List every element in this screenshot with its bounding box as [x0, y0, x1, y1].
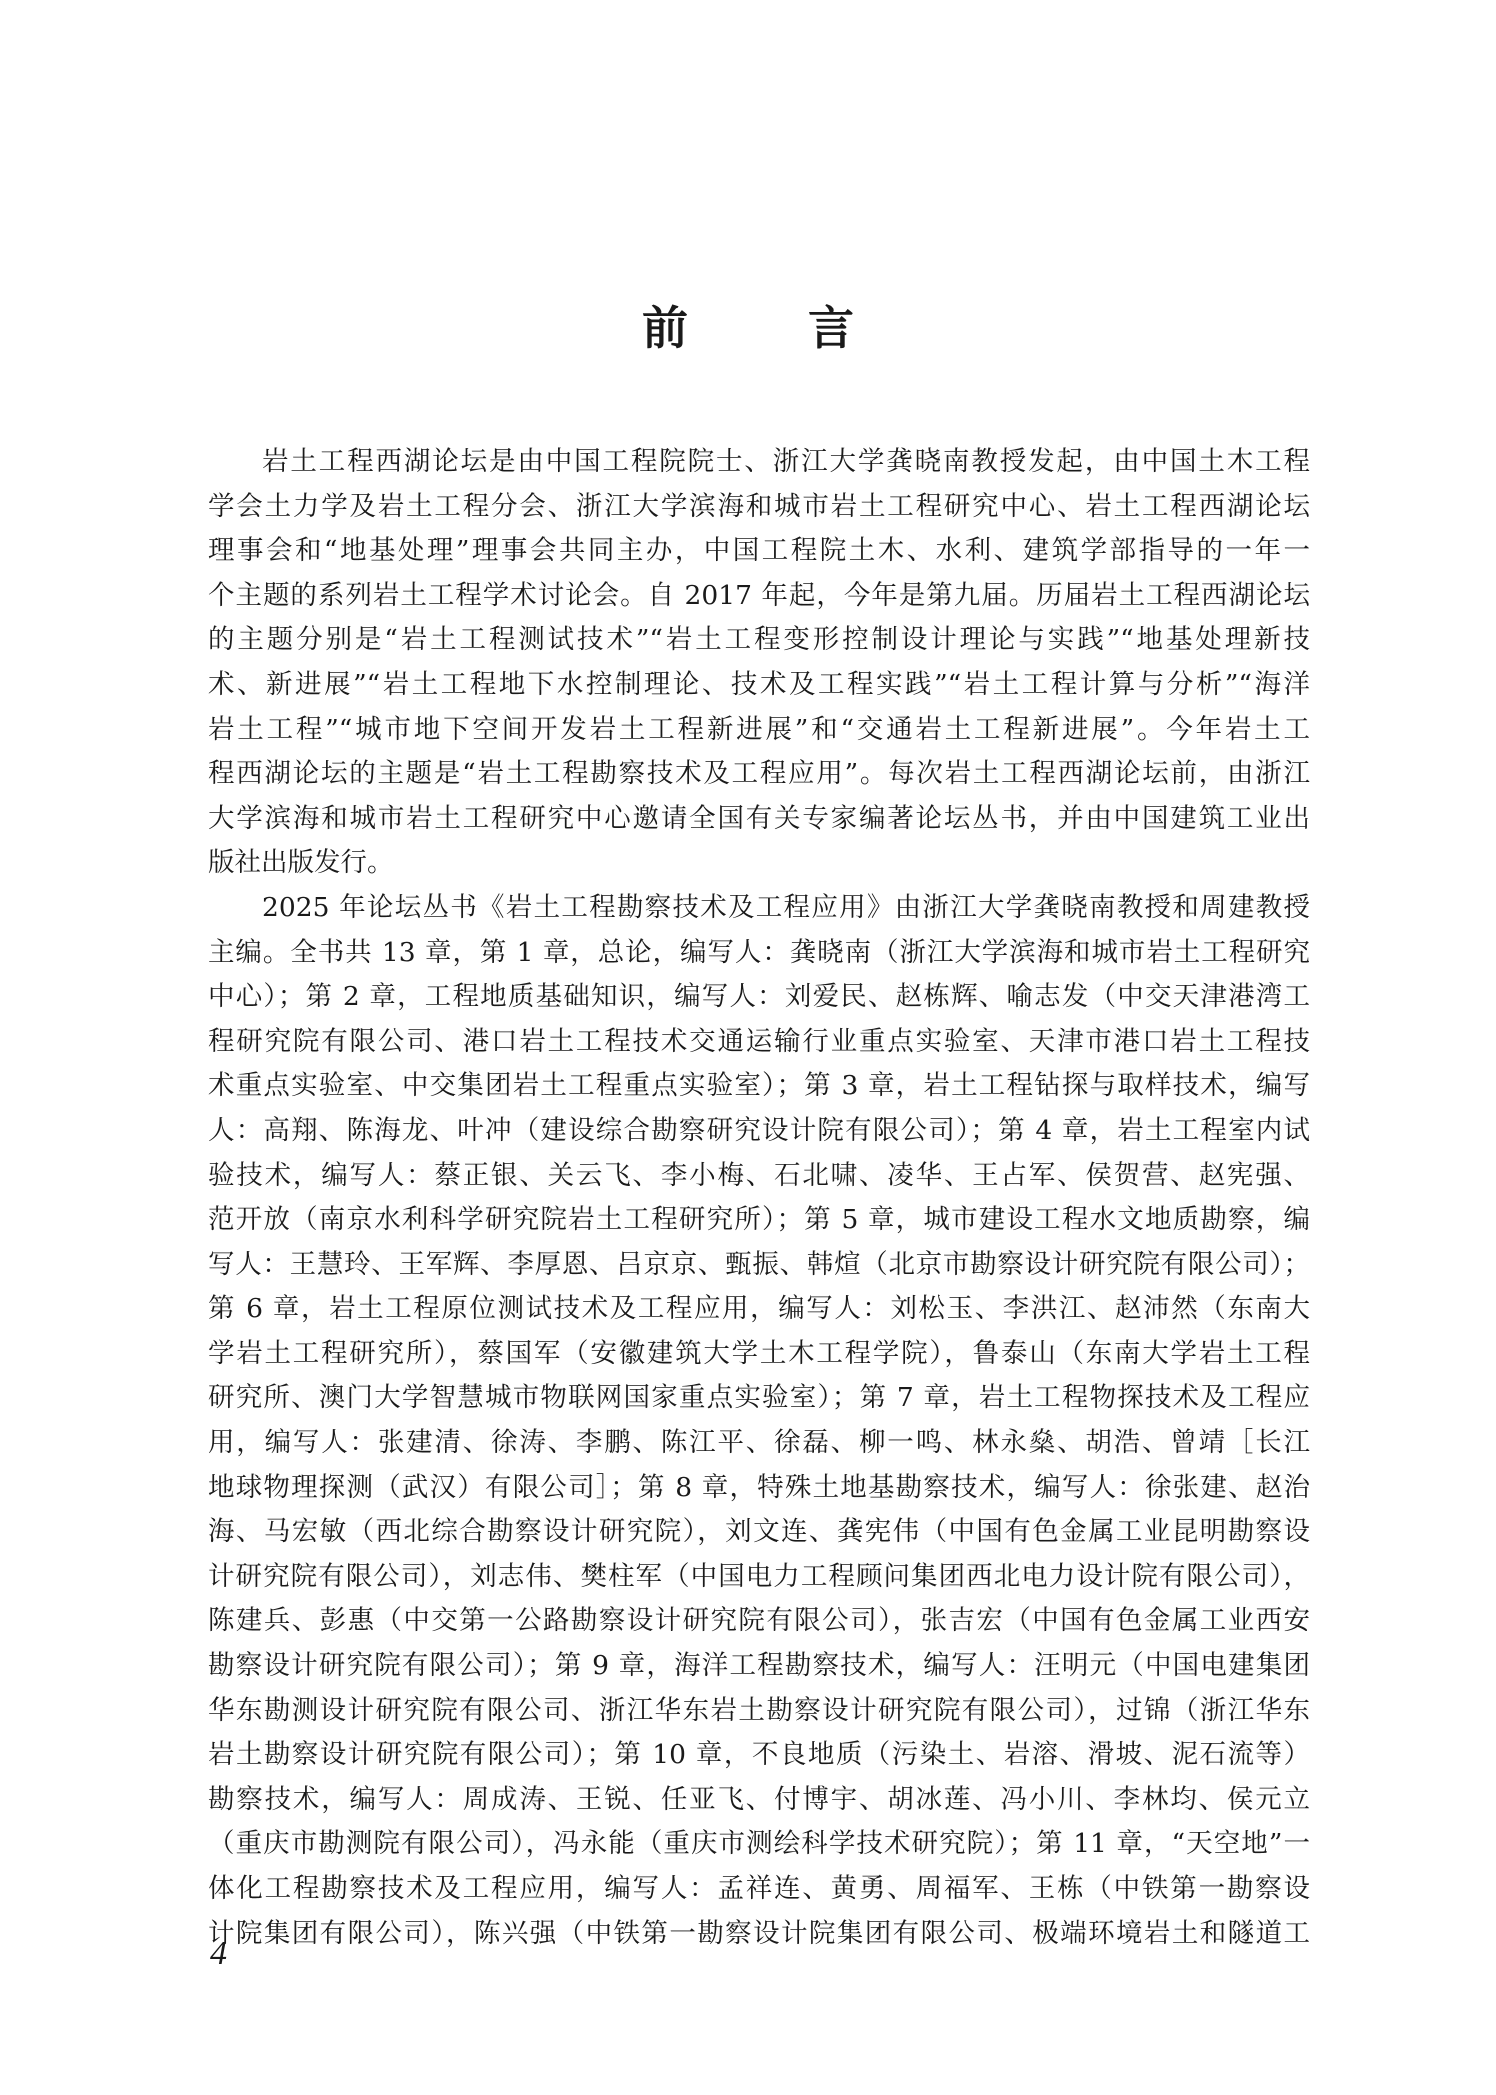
- preface-body: 岩土工程西湖论坛是由中国工程院院士、浙江大学龚晓南教授发起，由中国土木工程 学会…: [208, 440, 1310, 1956]
- text-line: 写人：王慧玲、王军辉、李厚恩、吕京京、甄振、韩煊（北京市勘察设计研究院有限公司）…: [208, 1243, 1310, 1288]
- text-line: 岩土勘察设计研究院有限公司）；第 10 章，不良地质（污染土、岩溶、滑坡、泥石流…: [208, 1733, 1310, 1778]
- text-line: 海、马宏敏（西北综合勘察设计研究院），刘文连、龚宪伟（中国有色金属工业昆明勘察设: [208, 1510, 1310, 1555]
- text-line: 岩土工程”“城市地下空间开发岩土工程新进展”和“交通岩土工程新进展”。今年岩土工: [208, 708, 1310, 753]
- text-line: 地球物理探测（武汉）有限公司］；第 8 章，特殊土地基勘察技术，编写人：徐张建、…: [208, 1466, 1310, 1511]
- text-line: 勘察设计研究院有限公司）；第 9 章，海洋工程勘察技术，编写人：汪明元（中国电建…: [208, 1644, 1310, 1689]
- text-line: 验技术，编写人：蔡正银、关云飞、李小梅、石北啸、凌华、王占军、侯贺营、赵宪强、: [208, 1154, 1310, 1199]
- text-line: 勘察技术，编写人：周成涛、王锐、任亚飞、付博宇、胡冰莲、冯小川、李林均、侯元立: [208, 1778, 1310, 1823]
- text-line: 程研究院有限公司、港口岩土工程技术交通运输行业重点实验室、天津市港口岩土工程技: [208, 1020, 1310, 1065]
- paragraph-2: 2025 年论坛丛书《岩土工程勘察技术及工程应用》由浙江大学龚晓南教授和周建教授…: [208, 886, 1310, 1956]
- text-line: 理事会和“地基处理”理事会共同主办，中国工程院土木、水利、建筑学部指导的一年一: [208, 529, 1310, 574]
- text-line: 学岩土工程研究所），蔡国军（安徽建筑大学土木工程学院），鲁泰山（东南大学岩土工程: [208, 1332, 1310, 1377]
- paragraph-1: 岩土工程西湖论坛是由中国工程院院士、浙江大学龚晓南教授发起，由中国土木工程 学会…: [208, 440, 1310, 886]
- text-line: （重庆市勘测院有限公司），冯永能（重庆市测绘科学技术研究院）；第 11 章，“天…: [208, 1822, 1310, 1867]
- page-number: 4: [210, 1932, 227, 1976]
- text-line: 第 6 章，岩土工程原位测试技术及工程应用，编写人：刘松玉、李洪江、赵沛然（东南…: [208, 1287, 1310, 1332]
- text-line: 2025 年论坛丛书《岩土工程勘察技术及工程应用》由浙江大学龚晓南教授和周建教授: [208, 886, 1310, 931]
- text-line: 岩土工程西湖论坛是由中国工程院院士、浙江大学龚晓南教授发起，由中国土木工程: [208, 440, 1310, 485]
- text-line: 计研究院有限公司），刘志伟、樊柱军（中国电力工程顾问集团西北电力设计院有限公司）…: [208, 1555, 1310, 1600]
- title-char-1: 前: [642, 301, 688, 355]
- text-line: 主编。全书共 13 章，第 1 章，总论，编写人：龚晓南（浙江大学滨海和城市岩土…: [208, 931, 1310, 976]
- title-char-2: 言: [808, 301, 854, 355]
- text-line: 个主题的系列岩土工程学术讨论会。自 2017 年起，今年是第九届。历届岩土工程西…: [208, 574, 1310, 619]
- text-line: 术重点实验室、中交集团岩土工程重点实验室）；第 3 章，岩土工程钻探与取样技术，…: [208, 1064, 1310, 1109]
- text-line: 华东勘测设计研究院有限公司、浙江华东岩土勘察设计研究院有限公司），过锦（浙江华东: [208, 1689, 1310, 1734]
- text-line: 研究所、澳门大学智慧城市物联网国家重点实验室）；第 7 章，岩土工程物探技术及工…: [208, 1376, 1310, 1421]
- text-line: 计院集团有限公司），陈兴强（中铁第一勘察设计院集团有限公司、极端环境岩土和隧道工: [208, 1912, 1310, 1957]
- text-line: 中心）；第 2 章，工程地质基础知识，编写人：刘爱民、赵栋辉、喻志发（中交天津港…: [208, 975, 1310, 1020]
- text-line: 人：高翔、陈海龙、叶冲（建设综合勘察研究设计院有限公司）；第 4 章，岩土工程室…: [208, 1109, 1310, 1154]
- text-line: 陈建兵、彭惠（中交第一公路勘察设计研究院有限公司），张吉宏（中国有色金属工业西安: [208, 1599, 1310, 1644]
- text-line: 版社出版发行。: [208, 841, 1310, 886]
- page-title: 前言: [0, 298, 1496, 358]
- text-line: 范开放（南京水利科学研究院岩土工程研究所）；第 5 章，城市建设工程水文地质勘察…: [208, 1198, 1310, 1243]
- text-line: 的主题分别是“岩土工程测试技术”“岩土工程变形控制设计理论与实践”“地基处理新技: [208, 618, 1310, 663]
- text-line: 学会土力学及岩土工程分会、浙江大学滨海和城市岩土工程研究中心、岩土工程西湖论坛: [208, 485, 1310, 530]
- text-line: 大学滨海和城市岩土工程研究中心邀请全国有关专家编著论坛丛书，并由中国建筑工业出: [208, 797, 1310, 842]
- text-line: 程西湖论坛的主题是“岩土工程勘察技术及工程应用”。每次岩土工程西湖论坛前，由浙江: [208, 752, 1310, 797]
- text-line: 术、新进展”“岩土工程地下水控制理论、技术及工程实践”“岩土工程计算与分析”“海…: [208, 663, 1310, 708]
- text-line: 用，编写人：张建清、徐涛、李鹏、陈江平、徐磊、柳一鸣、林永燊、胡浩、曾靖［长江: [208, 1421, 1310, 1466]
- text-line: 体化工程勘察技术及工程应用，编写人：孟祥连、黄勇、周福军、王栋（中铁第一勘察设: [208, 1867, 1310, 1912]
